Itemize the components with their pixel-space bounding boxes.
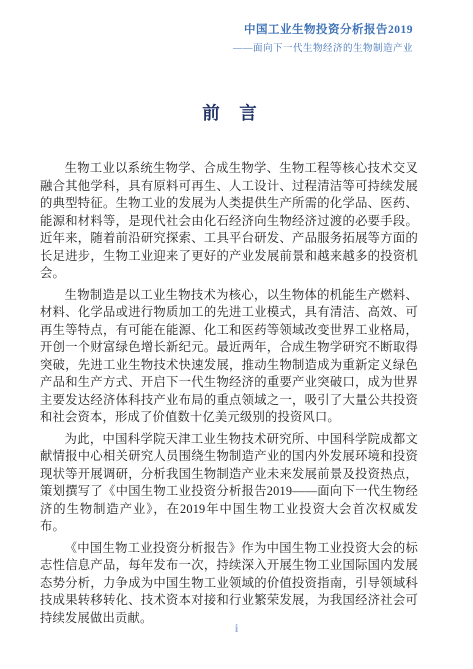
report-title: 中国工业生物投资分析报告2019 bbox=[233, 25, 413, 37]
preface-body: 生物工业以系统生物学、合成生物学、生物工程等核心技术交叉融合其他学科，具有原料可… bbox=[40, 160, 418, 631]
report-subtitle: ——面向下一代生物经济的生物制造产业 bbox=[233, 45, 413, 55]
preface-paragraph-2: 生物制造是以工业生物技术为核心，以生物体的机能生产燃料、材料、化学品或进行物质加… bbox=[40, 287, 418, 427]
page-footer: i bbox=[0, 619, 473, 637]
preface-paragraph-1: 生物工业以系统生物学、合成生物学、生物工程等核心技术交叉融合其他学科，具有原料可… bbox=[40, 160, 418, 283]
preface-heading: 前 言 bbox=[40, 100, 420, 125]
page-number: i bbox=[235, 621, 238, 635]
preface-paragraph-3: 为此，中国科学院天津工业生物技术研究所、中国科学院成都文献情报中心相关研究人员围… bbox=[40, 431, 418, 536]
preface-paragraph-4: 《中国生物工业投资分析报告》作为中国生物工业投资大会的标志性信息产品，每年发布一… bbox=[40, 540, 418, 628]
document-page: 中国工业生物投资分析报告2019 ——面向下一代生物经济的生物制造产业 前 言 … bbox=[0, 0, 473, 669]
report-header: 中国工业生物投资分析报告2019 ——面向下一代生物经济的生物制造产业 bbox=[233, 25, 413, 54]
